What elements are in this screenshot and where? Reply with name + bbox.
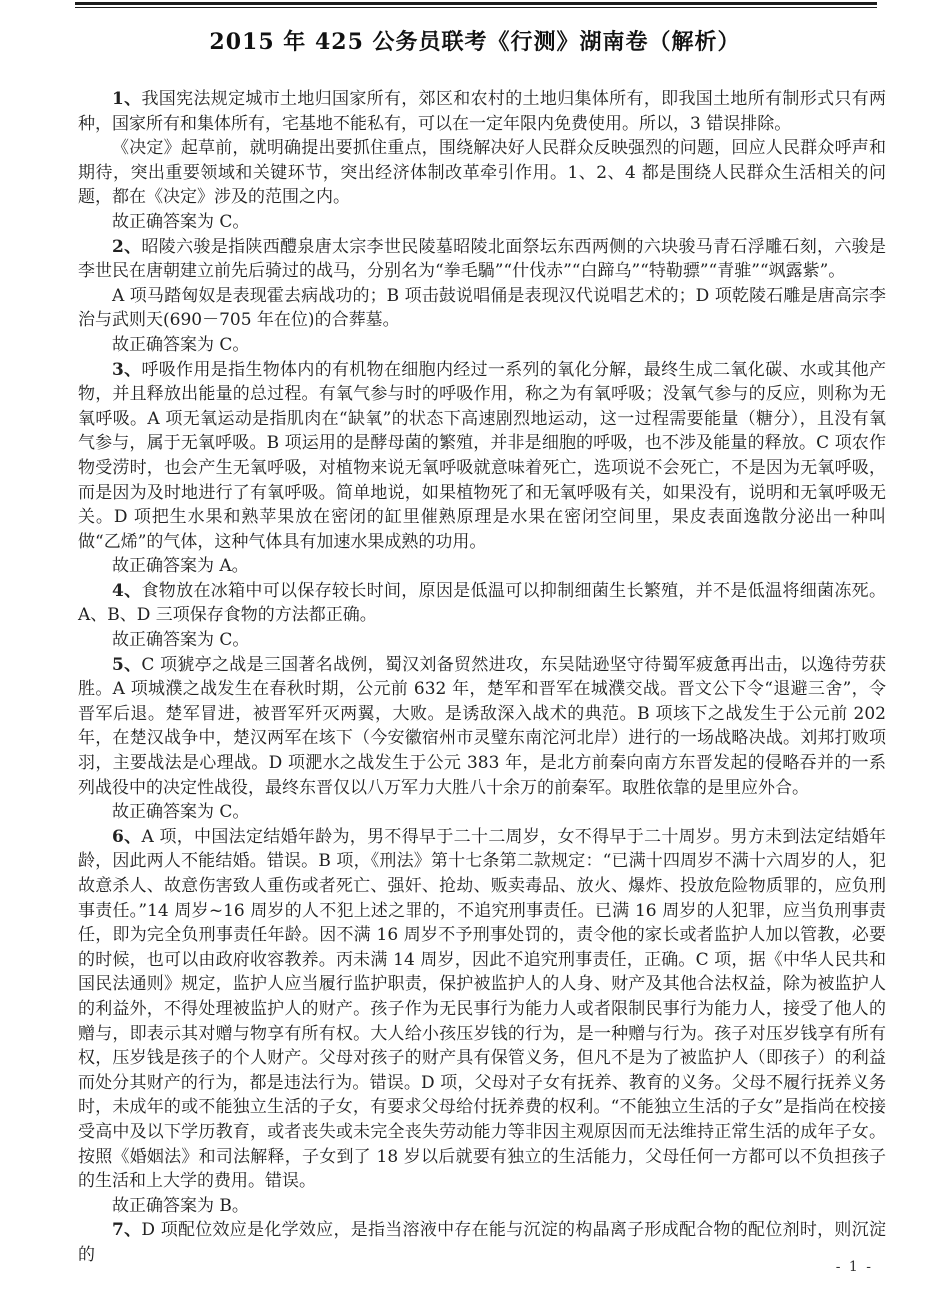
- paragraph-q6: 6、A 项，中国法定结婚年龄为，男不得早于二十二周岁，女不得早于二十周岁。男方未…: [78, 825, 886, 1194]
- paragraph-q1: 1、我国宪法规定城市土地归国家所有，郊区和农村的土地归集体所有，即我国土地所有制…: [78, 87, 886, 136]
- answer-line-q5: 故正确答案为 C。: [78, 800, 886, 825]
- paragraph-text: 食物放在冰箱中可以保存较长时间，原因是低温可以抑制细菌生长繁殖，并不是低温将细菌…: [78, 581, 886, 626]
- answer-line-q2: 故正确答案为 C。: [78, 333, 886, 358]
- answer-line-q3: 故正确答案为 A。: [78, 554, 886, 579]
- paragraph-text: 《决定》起草前，就明确提出要抓住重点，围绕解决好人民群众反映强烈的问题，回应人民…: [78, 138, 886, 207]
- paragraph-text: 昭陵六骏是指陕西醴泉唐太宗李世民陵墓昭陵北面祭坛东西两侧的六块骏马青石浮雕石刻，…: [78, 237, 886, 282]
- paragraph-text: 故正确答案为 B。: [112, 1196, 249, 1216]
- paragraph-number: 1、: [112, 89, 141, 109]
- paragraph-q7: 7、D 项配位效应是化学效应，是指当溶液中存在能与沉淀的构晶离子形成配合物的配位…: [78, 1218, 886, 1267]
- paragraph-text: 故正确答案为 A。: [112, 556, 249, 576]
- paragraph-text: C 项猇亭之战是三国著名战例，蜀汉刘备贸然进攻，东吴陆逊坚守待蜀军疲惫再出击，以…: [78, 655, 886, 798]
- paragraph-q3: 3、呼吸作用是指生物体内的有机物在细胞内经过一系列的氧化分解，最终生成二氧化碳、…: [78, 358, 886, 555]
- header-divider: [75, 2, 877, 8]
- paragraph-number: 7、: [112, 1220, 141, 1240]
- paragraph-q2-note: A 项马踏匈奴是表现霍去病战功的；B 项击鼓说唱俑是表现汉代说唱艺术的；D 项乾…: [78, 284, 886, 333]
- paragraph-text: 故正确答案为 C。: [112, 802, 249, 822]
- paragraph-q5: 5、C 项猇亭之战是三国著名战例，蜀汉刘备贸然进攻，东吴陆逊坚守待蜀军疲惫再出击…: [78, 653, 886, 801]
- paragraph-number: 2、: [112, 237, 141, 257]
- paragraph-text: 故正确答案为 C。: [112, 630, 249, 650]
- document-page: 2015 年 425 公务员联考《行测》湖南卷（解析） 1、我国宪法规定城市土地…: [0, 0, 950, 1299]
- answer-line-q4: 故正确答案为 C。: [78, 628, 886, 653]
- paragraph-number: 4、: [112, 581, 141, 601]
- paragraph-text: 故正确答案为 C。: [112, 335, 249, 355]
- answer-line-q1: 故正确答案为 C。: [78, 210, 886, 235]
- answer-line-q6: 故正确答案为 B。: [78, 1194, 886, 1219]
- paragraph-text: 故正确答案为 C。: [112, 212, 249, 232]
- paragraph-q4: 4、食物放在冰箱中可以保存较长时间，原因是低温可以抑制细菌生长繁殖，并不是低温将…: [78, 579, 886, 628]
- paragraph-text: 呼吸作用是指生物体内的有机物在细胞内经过一系列的氧化分解，最终生成二氧化碳、水或…: [78, 360, 886, 552]
- page-title: 2015 年 425 公务员联考《行测》湖南卷（解析）: [0, 0, 950, 56]
- page-number: - 1 -: [836, 1259, 873, 1275]
- paragraph-q1-note: 《决定》起草前，就明确提出要抓住重点，围绕解决好人民群众反映强烈的问题，回应人民…: [78, 136, 886, 210]
- paragraph-q2: 2、昭陵六骏是指陕西醴泉唐太宗李世民陵墓昭陵北面祭坛东西两侧的六块骏马青石浮雕石…: [78, 235, 886, 284]
- paragraph-number: 5、: [112, 655, 141, 675]
- paragraph-number: 3、: [112, 360, 141, 380]
- paragraph-text: 我国宪法规定城市土地归国家所有，郊区和农村的土地归集体所有，即我国土地所有制形式…: [78, 89, 886, 134]
- paragraph-text: A 项，中国法定结婚年龄为，男不得早于二十二周岁，女不得早于二十周岁。男方未到法…: [78, 827, 886, 1191]
- paragraph-text: A 项马踏匈奴是表现霍去病战功的；B 项击鼓说唱俑是表现汉代说唱艺术的；D 项乾…: [78, 286, 886, 331]
- paragraph-number: 6、: [112, 827, 141, 847]
- document-body: 1、我国宪法规定城市土地归国家所有，郊区和农村的土地归集体所有，即我国土地所有制…: [78, 87, 886, 1268]
- paragraph-text: D 项配位效应是化学效应，是指当溶液中存在能与沉淀的构晶离子形成配合物的配位剂时…: [78, 1220, 886, 1265]
